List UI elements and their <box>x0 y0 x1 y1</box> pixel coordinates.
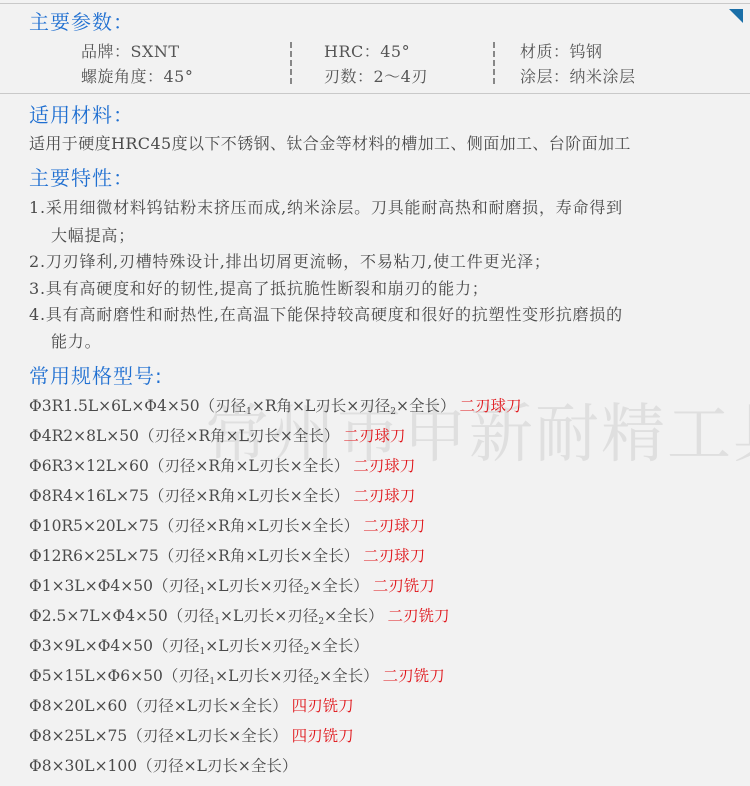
spec-desc: （刃径×R角×L刃长×全长） <box>139 427 339 445</box>
spec-type-label: 二刃球刀 <box>460 397 522 415</box>
spec-row: Φ3R1.5L×6L×Φ4×50（刃径1×R角×L刃长×刃径2×全长）二刃球刀 <box>29 396 522 422</box>
param-helix-angle: 螺旋角度：45° <box>81 67 193 87</box>
spec-model: Φ8×30L×100 <box>29 757 137 775</box>
column-divider <box>290 42 292 84</box>
column-divider <box>493 42 495 84</box>
spec-model: Φ8×20L×60 <box>29 697 127 715</box>
spec-row: Φ1×3L×Φ4×50（刃径1×L刃长×刃径2×全长）二刃铣刀 <box>29 576 435 602</box>
materials-heading: 适用材料： <box>29 103 134 127</box>
param-hrc: HRC：45° <box>324 42 410 62</box>
spec-desc: ×L刃长×刃径 <box>220 607 318 625</box>
spec-type-label: 二刃球刀 <box>353 457 415 475</box>
spec-model: Φ10R5×20L×75 <box>29 517 159 535</box>
spec-model: Φ12R6×25L×75 <box>29 547 159 565</box>
spec-desc: （刃径 <box>168 607 215 625</box>
spec-row: Φ2.5×7L×Φ4×50（刃径1×L刃长×刃径2×全长）二刃铣刀 <box>29 606 450 632</box>
spec-model: Φ4R2×8L×50 <box>29 427 139 445</box>
spec-desc: ×全长） <box>324 607 384 625</box>
spec-desc: ×全长） <box>396 397 456 415</box>
spec-type-label: 二刃铣刀 <box>388 607 450 625</box>
param-flutes: 刃数：2～4刃 <box>324 67 428 87</box>
spec-desc: ×L刃长×刃径 <box>205 577 303 595</box>
feature-line: 2.刀刃锋利,刃槽特殊设计,排出切屑更流畅，不易粘刀,使工件更光泽； <box>29 252 551 272</box>
spec-model: Φ3R1.5L×6L×Φ4×50 <box>29 397 200 415</box>
params-grid: 品牌：SXNT HRC：45° 材质：钨钢 螺旋角度：45° 刃数：2～4刃 涂… <box>0 40 750 92</box>
spec-row: Φ8R4×16L×75（刃径×R角×L刃长×全长）二刃球刀 <box>29 486 415 506</box>
spec-desc: （刃径 <box>153 577 200 595</box>
spec-desc: （刃径 <box>163 667 210 685</box>
spec-desc: （刃径 <box>200 397 247 415</box>
spec-desc: （刃径×R角×L刃长×全长） <box>159 517 359 535</box>
spec-model: Φ2.5×7L×Φ4×50 <box>29 607 168 625</box>
spec-row: Φ8×25L×75（刃径×L刃长×全长）四刃铣刀 <box>29 726 354 746</box>
spec-row: Φ6R3×12L×60（刃径×R角×L刃长×全长）二刃球刀 <box>29 456 415 476</box>
section-divider <box>0 93 750 94</box>
spec-type-label: 二刃球刀 <box>363 547 425 565</box>
spec-type-label: 二刃球刀 <box>363 517 425 535</box>
spec-row: Φ10R5×20L×75（刃径×R角×L刃长×全长）二刃球刀 <box>29 516 425 536</box>
spec-row: Φ4R2×8L×50（刃径×R角×L刃长×全长）二刃球刀 <box>29 426 405 446</box>
spec-type-label: 二刃球刀 <box>343 427 405 445</box>
param-coating: 涂层：纳米涂层 <box>520 67 636 87</box>
spec-model: Φ8R4×16L×75 <box>29 487 149 505</box>
spec-model: Φ5×15L×Φ6×50 <box>29 667 163 685</box>
param-material: 材质：钨钢 <box>520 42 603 62</box>
spec-type-label: 四刃铣刀 <box>292 697 354 715</box>
features-heading: 主要特性： <box>29 166 134 190</box>
spec-model: Φ1×3L×Φ4×50 <box>29 577 153 595</box>
feature-line: 1.采用细微材料钨钴粉末挤压而成,纳米涂层。刀具能耐高热和耐磨损，寿命得到 <box>29 198 623 218</box>
spec-model: Φ3×9L×Φ4×50 <box>29 637 153 655</box>
materials-text: 适用于硬度HRC45度以下不锈钢、钛合金等材料的槽加工、侧面加工、台阶面加工 <box>29 134 631 154</box>
spec-type-label: 二刃铣刀 <box>373 577 435 595</box>
feature-line: 4.具有高耐磨性和耐热性,在高温下能保持较高硬度和很好的抗塑性变形抗磨损的 <box>29 305 623 325</box>
param-brand: 品牌：SXNT <box>81 42 180 62</box>
spec-row: Φ8×20L×60（刃径×L刃长×全长）四刃铣刀 <box>29 696 354 716</box>
spec-model: Φ8×25L×75 <box>29 727 127 745</box>
spec-desc: （刃径×L刃长×全长） <box>127 727 287 745</box>
spec-type-label: 二刃球刀 <box>353 487 415 505</box>
spec-desc: ×全长） <box>309 637 369 655</box>
spec-desc: ×R角×L刃长×刃径 <box>252 397 390 415</box>
spec-model: Φ6R3×12L×60 <box>29 457 149 475</box>
spec-row: Φ8×30L×100（刃径×L刃长×全长） <box>29 756 297 776</box>
spec-desc: （刃径×L刃长×全长） <box>137 757 297 775</box>
spec-desc: （刃径×R角×L刃长×全长） <box>149 487 349 505</box>
params-heading: 主要参数： <box>29 10 134 34</box>
feature-line: 3.具有高硬度和好的韧性,提高了抵抗脆性断裂和崩刃的能力； <box>29 279 489 299</box>
spec-row: Φ3×9L×Φ4×50（刃径1×L刃长×刃径2×全长） <box>29 636 369 662</box>
spec-row: Φ12R6×25L×75（刃径×R角×L刃长×全长）二刃球刀 <box>29 546 425 566</box>
spec-desc: （刃径×R角×L刃长×全长） <box>149 457 349 475</box>
spec-desc: （刃径×L刃长×全长） <box>127 697 287 715</box>
spec-type-label: 四刃铣刀 <box>292 727 354 745</box>
corner-triangle-icon <box>729 9 743 23</box>
spec-row: Φ5×15L×Φ6×50（刃径1×L刃长×刃径2×全长）二刃铣刀 <box>29 666 445 692</box>
spec-desc: （刃径 <box>153 637 200 655</box>
spec-desc: ×L刃长×刃径 <box>205 637 303 655</box>
top-border <box>0 3 750 4</box>
spec-desc: ×全长） <box>319 667 379 685</box>
feature-line: 大幅提高； <box>51 226 135 246</box>
feature-line: 能力。 <box>51 332 101 352</box>
spec-desc: ×全长） <box>309 577 369 595</box>
spec-desc: （刃径×R角×L刃长×全长） <box>159 547 359 565</box>
spec-desc: ×L刃长×刃径 <box>215 667 313 685</box>
spec-type-label: 二刃铣刀 <box>383 667 445 685</box>
specs-heading: 常用规格型号: <box>29 364 163 388</box>
